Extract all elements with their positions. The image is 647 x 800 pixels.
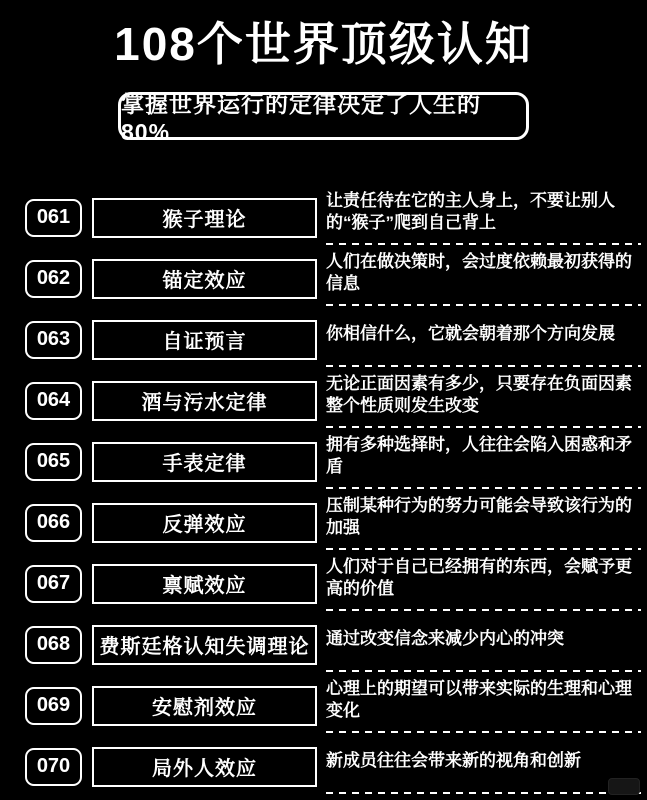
item-number-box: 068 [25,626,82,664]
item-number: 062 [37,267,70,290]
item-number: 064 [37,389,70,412]
dashed-divider [326,487,641,489]
item-description-wrap: 心理上的期望可以带来实际的生理和心理变化 [326,676,641,735]
dashed-divider [326,609,641,611]
item-term-box: 费斯廷格认知失调理论 [92,625,317,665]
dashed-divider [326,365,641,367]
item-term: 酒与污水定律 [142,386,268,415]
item-number-box: 067 [25,565,82,603]
infographic-page: { "header": { "title": "108个世界顶级认知", "su… [0,0,647,800]
item-description: 新成员往往会带来新的视角和创新 [326,750,581,772]
item-description: 压制某种行为的努力可能会导致该行为的加强 [326,495,641,539]
list-item: 062 锚定效应 人们在做决策时，会过度依赖最初获得的信息 [0,248,647,309]
item-term-box: 局外人效应 [92,747,317,787]
list-item: 068 费斯廷格认知失调理论 通过改变信念来减少内心的冲突 [0,614,647,675]
list-item: 069 安慰剂效应 心理上的期望可以带来实际的生理和心理变化 [0,675,647,736]
item-description: 通过改变信念来减少内心的冲突 [326,628,564,650]
list-item: 061 猴子理论 让责任待在它的主人身上，不要让别人的“猴子”爬到自己背上 [0,187,647,248]
item-number-box: 061 [25,199,82,237]
item-description: 人们对于自己已经拥有的东西，会赋予更高的价值 [326,556,641,600]
item-term: 反弹效应 [163,508,247,537]
dashed-divider [326,731,641,733]
item-description-wrap: 你相信什么，它就会朝着那个方向发展 [326,310,641,369]
item-description-wrap: 人们在做决策时，会过度依赖最初获得的信息 [326,249,641,308]
item-term-box: 反弹效应 [92,503,317,543]
item-number: 066 [37,511,70,534]
item-number: 070 [37,755,70,778]
item-term-box: 手表定律 [92,442,317,482]
page-title: 108个世界顶级认知 [0,16,647,72]
item-number-box: 065 [25,443,82,481]
item-description-wrap: 无论正面因素有多少，只要存在负面因素整个性质则发生改变 [326,371,641,430]
item-number: 067 [37,572,70,595]
item-term: 自证预言 [163,325,247,354]
dashed-divider [326,304,641,306]
item-description-wrap: 通过改变信念来减少内心的冲突 [326,615,641,674]
item-description-wrap: 让责任待在它的主人身上，不要让别人的“猴子”爬到自己背上 [326,188,641,247]
item-number: 065 [37,450,70,473]
dashed-divider [326,243,641,245]
subtitle-box: 掌握世界运行的定律决定了人生的80% [118,92,529,140]
list-item: 064 酒与污水定律 无论正面因素有多少，只要存在负面因素整个性质则发生改变 [0,370,647,431]
item-description: 拥有多种选择时，人往往会陷入困惑和矛盾 [326,434,641,478]
item-number-box: 069 [25,687,82,725]
item-description-wrap: 拥有多种选择时，人往往会陷入困惑和矛盾 [326,432,641,491]
item-number: 069 [37,694,70,717]
list-item: 063 自证预言 你相信什么，它就会朝着那个方向发展 [0,309,647,370]
subtitle-text: 掌握世界运行的定律决定了人生的80% [121,86,526,146]
item-number-box: 063 [25,321,82,359]
item-number-box: 066 [25,504,82,542]
item-description: 心理上的期望可以带来实际的生理和心理变化 [326,678,641,722]
item-description: 无论正面因素有多少，只要存在负面因素整个性质则发生改变 [326,373,641,417]
item-description: 你相信什么，它就会朝着那个方向发展 [326,323,615,345]
item-number: 068 [37,633,70,656]
watermark [608,778,640,795]
item-description-wrap: 人们对于自己已经拥有的东西，会赋予更高的价值 [326,554,641,613]
list-item: 067 禀赋效应 人们对于自己已经拥有的东西，会赋予更高的价值 [0,553,647,614]
item-number: 061 [37,206,70,229]
list-item: 066 反弹效应 压制某种行为的努力可能会导致该行为的加强 [0,492,647,553]
item-term: 手表定律 [163,447,247,476]
item-term-box: 安慰剂效应 [92,686,317,726]
item-term-box: 猴子理论 [92,198,317,238]
item-number-box: 062 [25,260,82,298]
item-description-wrap: 新成员往往会带来新的视角和创新 [326,737,641,796]
list-item: 070 局外人效应 新成员往往会带来新的视角和创新 [0,736,647,797]
item-number-box: 064 [25,382,82,420]
item-term: 锚定效应 [163,264,247,293]
item-term-box: 自证预言 [92,320,317,360]
item-term: 安慰剂效应 [152,691,257,720]
item-term-box: 锚定效应 [92,259,317,299]
item-description: 让责任待在它的主人身上，不要让别人的“猴子”爬到自己背上 [326,190,641,234]
item-term: 猴子理论 [163,203,247,232]
dashed-divider [326,670,641,672]
item-description-wrap: 压制某种行为的努力可能会导致该行为的加强 [326,493,641,552]
item-term: 禀赋效应 [163,569,247,598]
item-description: 人们在做决策时，会过度依赖最初获得的信息 [326,251,641,295]
dashed-divider [326,548,641,550]
list-item: 065 手表定律 拥有多种选择时，人往往会陷入困惑和矛盾 [0,431,647,492]
item-term: 费斯廷格认知失调理论 [100,630,310,659]
cognition-list: 061 猴子理论 让责任待在它的主人身上，不要让别人的“猴子”爬到自己背上 06… [0,187,647,797]
item-term-box: 酒与污水定律 [92,381,317,421]
dashed-divider [326,792,641,794]
item-number-box: 070 [25,748,82,786]
item-term-box: 禀赋效应 [92,564,317,604]
item-term: 局外人效应 [152,752,257,781]
dashed-divider [326,426,641,428]
item-number: 063 [37,328,70,351]
